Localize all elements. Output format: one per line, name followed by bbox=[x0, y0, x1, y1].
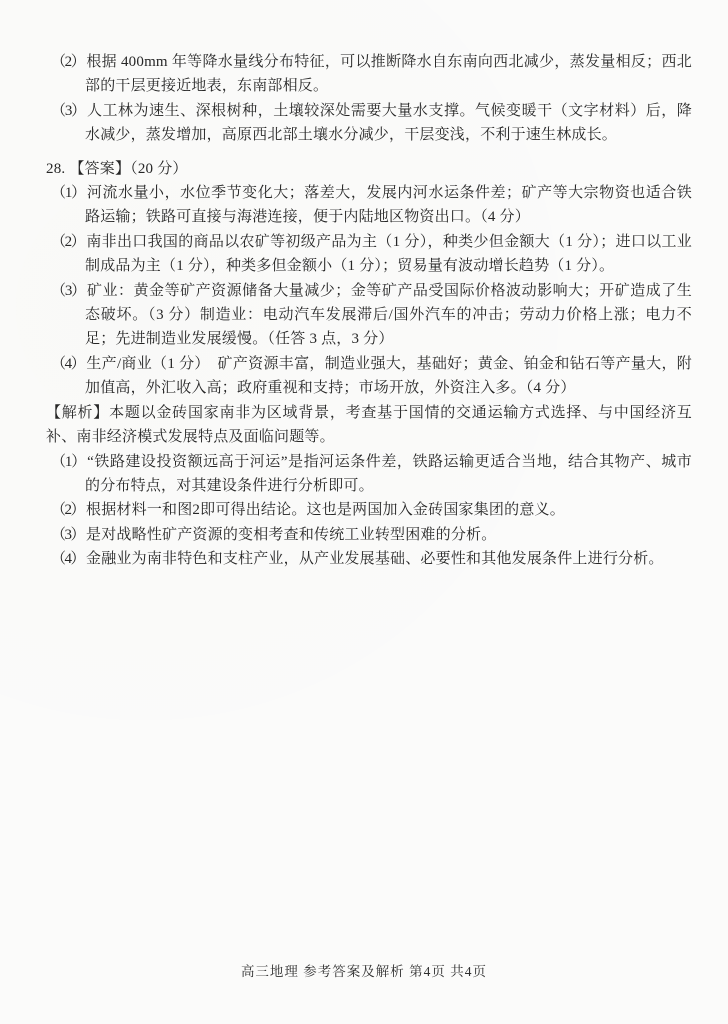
answer-item-27-3: （3）人工林为速生、深根树种，土壤较深处需要大量水支撑。气候变暖干（文字材料）后… bbox=[51, 99, 692, 148]
answer-item-text: 矿业：黄金等矿产资源储备大量减少；金等矿产品受国际价格波动影响大；开矿造成了生态… bbox=[85, 283, 692, 348]
analysis-item-number: （3） bbox=[51, 527, 84, 543]
question-number: 28. bbox=[46, 161, 65, 177]
analysis-intro-text: 本题以金砖国家南非为区域背景，考查基于国情的交通运输方式选择、与中国经济互补、南… bbox=[46, 405, 692, 445]
analysis-item-3: （3）是对战略性矿产资源的变相考查和传统工业转型困难的分析。 bbox=[51, 523, 692, 547]
analysis-item-number: （4） bbox=[51, 551, 84, 567]
analysis-item-1: （1）“铁路建设投资额远高于河运”是指河运条件差，铁路运输更适合当地，结合其物产… bbox=[51, 450, 692, 499]
page-footer: 高三地理 参考答案及解析 第4页 共4页 bbox=[0, 960, 728, 980]
answer-item-28-2: （2）南非出口我国的商品以农矿等初级产品为主（1 分），种类少但金额大（1 分）… bbox=[51, 230, 692, 279]
analysis-item-number: （2） bbox=[51, 502, 84, 518]
answer-item-text: 人工林为速生、深根树种，土壤较深处需要大量水支撑。气候变暖干（文字材料）后，降水… bbox=[85, 103, 692, 143]
page-content: （2）根据 400mm 年等降水量线分布特征，可以推断降水自东南向西北减少，蒸发… bbox=[46, 50, 692, 572]
answer-item-text: 南非出口我国的商品以农矿等初级产品为主（1 分），种类少但金额大（1 分）；进口… bbox=[85, 234, 692, 274]
analysis-item-text: 是对战略性矿产资源的变相考查和传统工业转型困难的分析。 bbox=[86, 527, 496, 543]
answer-item-27-2: （2）根据 400mm 年等降水量线分布特征，可以推断降水自东南向西北减少，蒸发… bbox=[51, 50, 692, 99]
answer-item-number: （2） bbox=[51, 54, 84, 70]
question-28-heading: 28.【答案】（20 分） bbox=[46, 157, 692, 181]
answer-item-number: （2） bbox=[51, 234, 84, 250]
answer-item-28-3: （3）矿业：黄金等矿产资源储备大量减少；金等矿产品受国际价格波动影响大；开矿造成… bbox=[51, 279, 692, 352]
answer-item-text: 根据 400mm 年等降水量线分布特征，可以推断降水自东南向西北减少，蒸发量相反… bbox=[85, 54, 692, 94]
answer-item-text: 生产/商业（1 分） 矿产资源丰富，制造业强大，基础好；黄金、铂金和钻石等产量大… bbox=[85, 356, 692, 396]
analysis-tag: 【解析】 bbox=[46, 405, 109, 421]
answer-item-text: 河流水量小，水位季节变化大；落差大，发展内河水运条件差；矿产等大宗物资也适合铁路… bbox=[85, 185, 692, 225]
answer-key-page: （2）根据 400mm 年等降水量线分布特征，可以推断降水自东南向西北减少，蒸发… bbox=[0, 0, 728, 1024]
answer-item-number: （3） bbox=[51, 283, 85, 299]
answer-item-28-1: （1）河流水量小，水位季节变化大；落差大，发展内河水运条件差；矿产等大宗物资也适… bbox=[51, 181, 692, 230]
question-28-block: 28.【答案】（20 分） （1）河流水量小，水位季节变化大；落差大，发展内河水… bbox=[46, 157, 692, 572]
analysis-item-text: “铁路建设投资额远高于河运”是指河运条件差，铁路运输更适合当地，结合其物产、城市… bbox=[85, 454, 692, 494]
analysis-item-4: （4）金融业为南非特色和支柱产业，从产业发展基础、必要性和其他发展条件上进行分析… bbox=[51, 547, 692, 571]
question-27-answer-tail: （2）根据 400mm 年等降水量线分布特征，可以推断降水自东南向西北减少，蒸发… bbox=[46, 50, 692, 148]
analysis-item-text: 根据材料一和图2即可得出结论。这也是两国加入金砖国家集团的意义。 bbox=[86, 502, 565, 518]
analysis-intro: 【解析】本题以金砖国家南非为区域背景，考查基于国情的交通运输方式选择、与中国经济… bbox=[46, 401, 692, 450]
answer-item-number: （4） bbox=[51, 356, 84, 372]
answer-item-number: （1） bbox=[51, 185, 85, 201]
analysis-item-2: （2）根据材料一和图2即可得出结论。这也是两国加入金砖国家集团的意义。 bbox=[51, 498, 692, 522]
analysis-item-number: （1） bbox=[51, 454, 85, 470]
analysis-item-text: 金融业为南非特色和支柱产业，从产业发展基础、必要性和其他发展条件上进行分析。 bbox=[86, 551, 664, 567]
answer-item-number: （3） bbox=[51, 103, 85, 119]
answer-item-28-4: （4）生产/商业（1 分） 矿产资源丰富，制造业强大，基础好；黄金、铂金和钻石等… bbox=[51, 352, 692, 401]
answer-heading-label: 【答案】（20 分） bbox=[69, 161, 187, 177]
